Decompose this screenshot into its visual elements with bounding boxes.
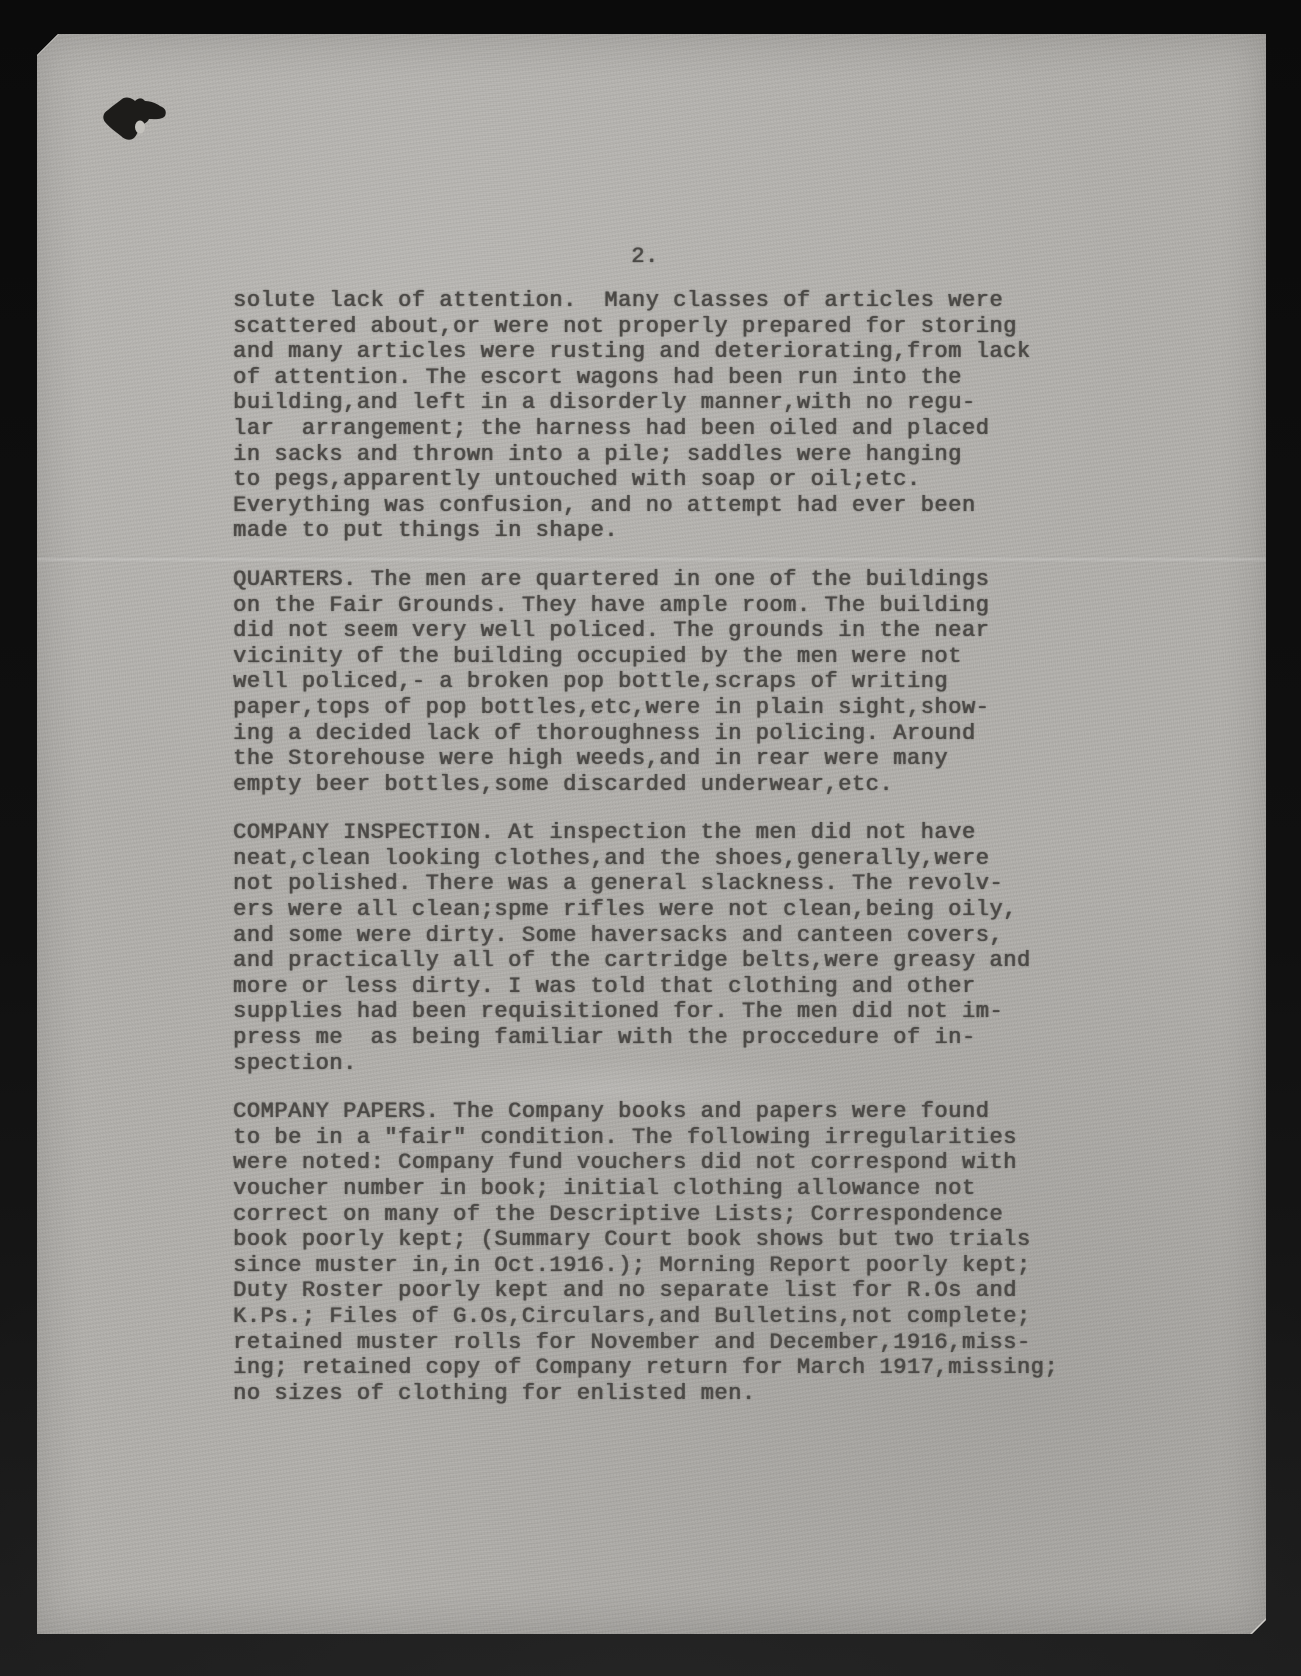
paragraph-company-inspection: COMPANY INSPECTION. At inspection the me… [233, 820, 1133, 1076]
paragraph-company-papers: COMPANY PAPERS. The Company books and pa… [233, 1099, 1133, 1406]
document-page: 2. solute lack of attention. Many classe… [37, 34, 1266, 1634]
typed-text-body: solute lack of attention. Many classes o… [233, 288, 1133, 1406]
paragraph-continuation-storehouse: solute lack of attention. Many classes o… [233, 288, 1133, 544]
paragraph-quarters: QUARTERS. The men are quartered in one o… [233, 567, 1133, 797]
ink-blot [99, 95, 171, 145]
page-number: 2. [24, 244, 1266, 269]
